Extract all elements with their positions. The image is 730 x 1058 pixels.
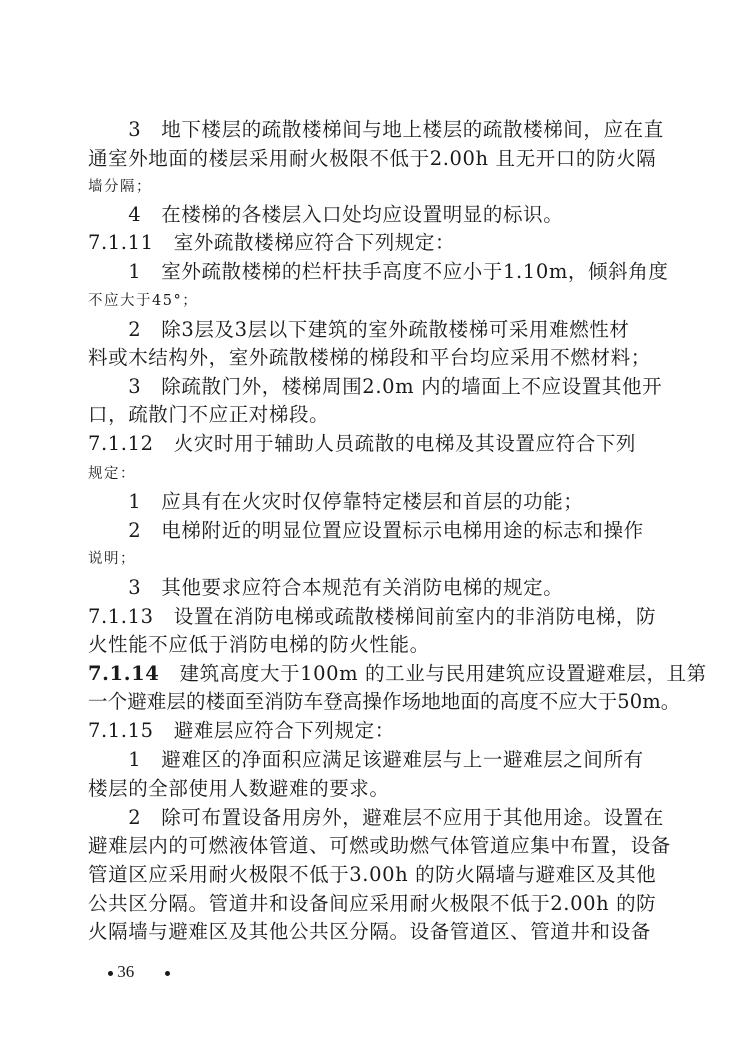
text-line: 说明； (88, 547, 136, 571)
text-line: 1 应具有在火灾时仅停靠特定楼层和首层的功能； (88, 490, 583, 514)
text-line: 管道区应采用耐火极限不低于3.00h 的防火隔墙与避难区及其他 (88, 863, 656, 887)
section-number: 7.1.14 (88, 662, 159, 685)
section-heading-7-1-15: 7.1.15 避难层应符合下列规定： (88, 719, 395, 743)
text-line: 墙分隔； (88, 175, 152, 199)
text-line: 通室外地面的楼层采用耐火极限不低于2.00h 且无开口的防火隔 (88, 147, 656, 171)
text-line: 口，疏散门不应正对梯段。 (88, 403, 329, 427)
section-heading-7-1-13: 7.1.13 设置在消防电梯或疏散楼梯间前室内的非消防电梯，防 (88, 605, 656, 629)
text-line: 2 除可布置设备用房外，避难层不应用于其他用途。设置在 (88, 806, 664, 830)
text-line: 避难层内的可燃液体管道、可燃或助燃气体管道应集中布置，设备 (88, 834, 671, 858)
text-line: 火隔墙与避难区及其他公共区分隔。设备管道区、管道井和设备 (88, 920, 651, 944)
text-line: 楼层的全部使用人数避难的要求。 (88, 777, 390, 801)
text-line: 2 电梯附近的明显位置应设置标示电梯用途的标志和操作 (88, 519, 644, 543)
bullet-dot-icon (108, 971, 113, 976)
text-line: 3 地下楼层的疏散楼梯间与地上楼层的疏散楼梯间，应在直 (88, 118, 664, 142)
text-line: 2 除3层及3层以下建筑的室外疏散楼梯可采用难燃性材 (88, 318, 630, 342)
text-line: 公共区分隔。管道井和设备间应采用耐火极限不低于2.00h 的防 (88, 892, 656, 916)
section-heading-7-1-14: 7.1.14 建筑高度大于100m 的工业与民用建筑应设置避难层，且第 (88, 662, 707, 686)
text-line: 1 室外疏散楼梯的栏杆扶手高度不应小于1.10m，倾斜角度 (88, 260, 668, 284)
text-line: 4 在楼梯的各楼层入口处均应设置明显的标识。 (88, 203, 563, 227)
section-text: 建筑高度大于100m 的工业与民用建筑应设置避难层，且第 (159, 662, 706, 685)
text-line: 1 避难区的净面积应满足该避难层与上一避难层之间所有 (88, 748, 644, 772)
section-heading-7-1-11: 7.1.11 室外疏散楼梯应符合下列规定： (88, 231, 455, 255)
text-line: 火性能不应低于消防电梯的防火性能。 (88, 633, 430, 657)
bullet-dot-icon (165, 971, 170, 976)
page-number: 36 (117, 962, 134, 981)
section-heading-7-1-12: 7.1.12 火灾时用于辅助人员疏散的电梯及其设置应符合下列 (88, 432, 636, 456)
text-line: 3 其他要求应符合本规范有关消防电梯的规定。 (88, 576, 563, 600)
text-line: 料或木结构外，室外疏散楼梯的梯段和平台均应采用不燃材料； (88, 346, 651, 370)
text-line: 一个避难层的楼面至消防车登高操作场地地面的高度不应大于50m。 (88, 690, 680, 714)
page-footer: 36 (108, 962, 170, 982)
text-line: 规定： (88, 462, 136, 486)
text-line: 不应大于45°； (88, 289, 198, 313)
text-line: 3 除疏散门外，楼梯周围2.0m 内的墙面上不应设置其他开 (88, 375, 662, 399)
